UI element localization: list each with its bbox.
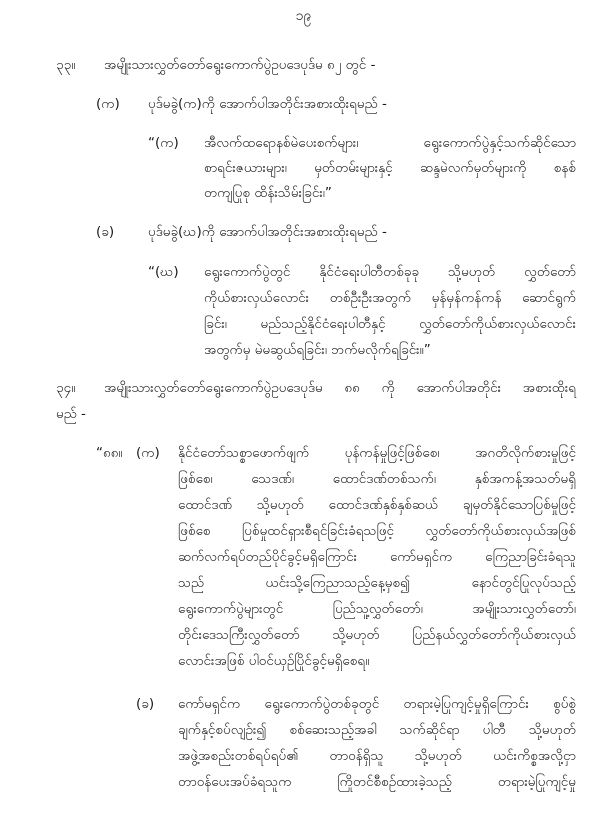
- item-line: ဖြစ်စေ ပြစ်မှုထင်ရှားစီရင်ခြင်းခံရသဖြင့်…: [178, 521, 576, 541]
- subsection-instruction: ပုဒ်မခွဲ(က)ကို အောက်ပါအတိုင်းအစားထိုးရမည…: [148, 94, 387, 114]
- quote-line: တကျပြုစု ထိန်းသိမ်းခြင်း၊”: [204, 183, 332, 203]
- section-number: ၃၄။: [56, 378, 75, 398]
- item-label: (ခ): [136, 694, 154, 714]
- item-line: အဖွဲ့အစည်းတစ်ရပ်ရပ်၏ တာဝန်ရှိသူ သို့မဟုတ…: [178, 746, 576, 766]
- item-label: (က): [136, 443, 160, 463]
- quote-line: စာရင်းဇယားများ၊ မှတ်တမ်းများနှင့် ဆန္ဒမဲ…: [204, 158, 576, 178]
- section-heading: အမျိုးသားလွှတ်တော်ရွေးကောက်ပွဲဥပဒေပုဒ်မ …: [104, 55, 375, 75]
- quote-line: ရွေးကောက်ပွဲတွင် နိုင်ငံရေးပါတီတစ်ခုခု သ…: [204, 262, 576, 282]
- page-number: ၁၉: [0, 6, 607, 27]
- item-line: နိုင်ငံတော်သစ္စာဖောက်ဖျက် ပုန်ကန်မှုဖြင့…: [178, 443, 576, 463]
- item-line: သည် ယင်းသို့ကြေညာသည့်နေ့မှစ၍ နောင်တွင်ပြ…: [178, 573, 576, 593]
- item-line: ဆက်လက်ရပ်တည်ပိုင်ခွင့်မရှိကြောင်း ကော်မရ…: [178, 547, 576, 567]
- item-line: ချက်နှင့်စပ်လျဉ်း၍ စစ်ဆေးသည့်အခါ သက်ဆိုင…: [178, 720, 576, 740]
- item-line: လောင်းအဖြစ် ပါဝင်ယှဉ်ပြိုင်ခွင့်မရှိစေရ။: [178, 651, 369, 671]
- item-line: ကော်မရှင်က ရွေးကောက်ပွဲတစ်ခုတွင် တရားမဲ့…: [178, 694, 576, 714]
- quote-line: အတွက်မှ မဲမဆွယ်ရခြင်း၊ ဘက်မလိုက်ရခြင်း။”: [204, 340, 431, 360]
- quote-label: “(ဃ): [148, 262, 179, 282]
- quote-line: အီလက်ထရောနစ်မဲပေးစက်များ၊ ရွေးကောက်ပွဲနှ…: [204, 133, 576, 153]
- subsection-label: (က): [96, 94, 120, 114]
- quote-label: “(က): [148, 133, 179, 153]
- item-line: ထောင်ဒဏ် သို့မဟုတ် ထောင်ဒဏ်နှစ်နှစ်ဆယ် ခ…: [178, 495, 576, 515]
- quote-line: ခြင်း၊ မည်သည့်နိုင်ငံရေးပါတီနှင့် လွှတ်တ…: [204, 314, 576, 334]
- section-heading: မည် -: [56, 404, 86, 424]
- item-line: ရွေးကောက်ပွဲများတွင် ပြည်သူ့လွှတ်တော်၊ အ…: [178, 599, 576, 619]
- section-heading: အမျိုးသားလွှတ်တော်ရွေးကောက်ပွဲဥပဒေပုဒ်မ …: [104, 378, 576, 398]
- item-line: တိုင်းဒေသကြီးလွှတ်တော် သို့မဟုတ် ပြည်နယ်…: [178, 625, 576, 645]
- quote-line: ကိုယ်စားလှယ်လောင်း တစ်ဦးဦးအတွက် မှန်မှန်…: [204, 288, 576, 308]
- item-line: ဖြစ်စေ၊ သေဒဏ်၊ ထောင်ဒဏ်တစ်သက်၊ နှစ်အကန့်…: [178, 469, 576, 489]
- subsection-label: (ခ): [96, 222, 114, 242]
- subsection-instruction: ပုဒ်မခွဲ(ဃ)ကို အောက်ပါအတိုင်းအစားထိုးရမည…: [148, 222, 387, 242]
- section-number: ၃၃။: [56, 55, 75, 75]
- quote-number: “၈၈။: [96, 443, 123, 463]
- item-line: တာဝန်ပေးအပ်ခံရသူက ကြိုတင်စီစဉ်ထားခဲ့သည့်…: [178, 772, 576, 792]
